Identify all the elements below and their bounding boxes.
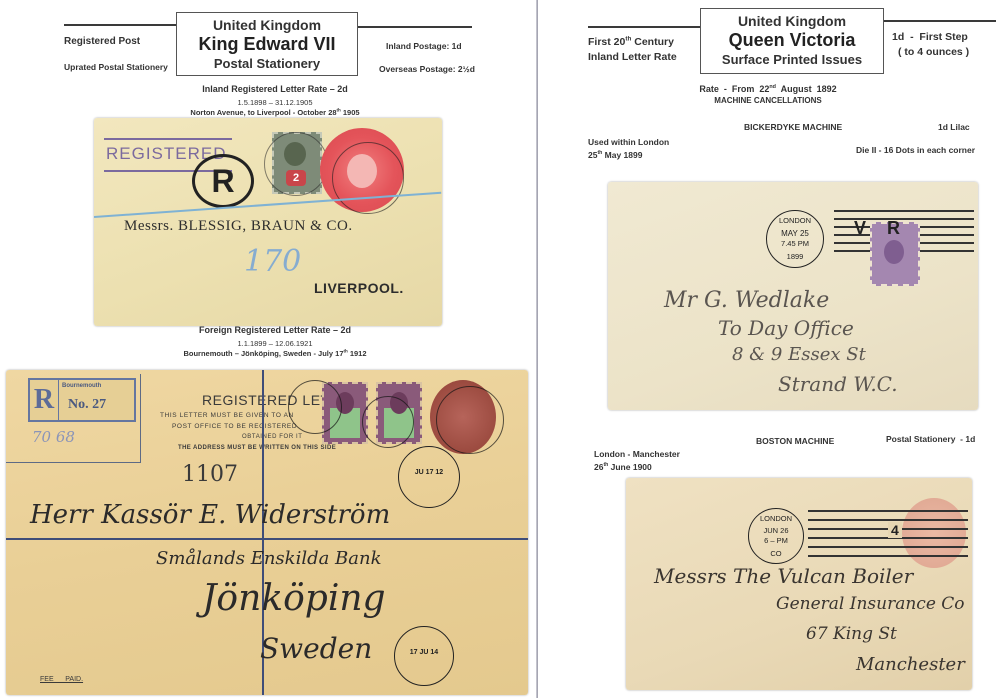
blue-cross-horizontal xyxy=(6,538,528,540)
pm-date: JUN 26 xyxy=(749,526,803,535)
title-country: United Kingdom xyxy=(701,13,883,29)
header-rule-left xyxy=(588,26,700,28)
label-date-1900: 26th June 1900 xyxy=(594,462,652,472)
title-subject: Postal Stationery xyxy=(177,56,357,71)
label-office-name: Bournemouth xyxy=(62,383,101,389)
instruction-line-4: THE ADDRESS MUST BE WRITTEN ON THIS SIDE xyxy=(178,445,336,451)
page-title-box: United Kingdom King Edward VII Postal St… xyxy=(176,12,358,76)
label-uprated-stationery: Uprated Postal Stationery xyxy=(64,62,168,72)
postmark-stamp-2 xyxy=(362,396,414,448)
fee-paid: FEE PAID. xyxy=(40,676,83,683)
address-line-4: Strand W.C. xyxy=(778,372,898,396)
section-dates-inland: 1.5.1898 – 31.12.1905 xyxy=(150,98,400,107)
address-line-1: Herr Kassör E. Widerström xyxy=(30,500,390,530)
address-line-2: Smålands Enskilda Bank xyxy=(156,548,382,569)
postmark-registered-bournemouth: JU 17 12 xyxy=(398,446,460,508)
postmark-indicium xyxy=(436,386,504,454)
vr-cancel-text: V R xyxy=(854,218,908,239)
envelope-manchester: LONDON JUN 26 6 – PM CO 4 Messrs The Vul… xyxy=(626,478,972,690)
reg-rule-top xyxy=(104,138,232,140)
postmark-circle xyxy=(264,132,328,196)
envelope-jonkoping: R Bournemouth No. 27 70 68 REGISTERED LE… xyxy=(6,370,528,695)
addressee-line: Messrs. BLESSIG, BRAUN & CO. xyxy=(124,218,353,235)
label-first-step: 1d - First Step xyxy=(892,31,968,43)
pm-time: 7.45 PM xyxy=(767,239,823,248)
r-oval-handstamp: R xyxy=(192,154,254,208)
label-reg-number: No. 27 xyxy=(68,397,106,413)
title-reign: King Edward VII xyxy=(177,34,357,55)
pm-date: MAY 25 xyxy=(767,229,823,238)
postmark-london-1899: LONDON MAY 25 7.45 PM 1899 xyxy=(766,210,824,268)
label-registered-post: Registered Post xyxy=(64,36,140,47)
header-rule-right xyxy=(884,20,996,22)
address-line-3: 8 & 9 Essex St xyxy=(732,344,866,365)
boston-heading: BOSTON MACHINE xyxy=(756,436,834,446)
label-used-within-london: Used within London xyxy=(588,137,669,147)
header-rule-right xyxy=(358,26,472,28)
instruction-line-1: THIS LETTER MUST BE GIVEN TO AN xyxy=(160,412,294,419)
postmark-1-date: JU 17 12 xyxy=(399,469,459,476)
postmark-london-1900: LONDON JUN 26 6 – PM CO xyxy=(748,508,804,564)
r-letter: R xyxy=(211,163,234,199)
registration-label: R Bournemouth No. 27 xyxy=(28,378,136,422)
album-page-left: United Kingdom King Edward VII Postal St… xyxy=(0,0,536,698)
title-reign: Queen Victoria xyxy=(701,30,883,51)
city-liverpool: LIVERPOOL. xyxy=(314,280,404,296)
label-1d-lilac: 1d Lilac xyxy=(938,122,970,132)
label-inland-letter-rate: Inland Letter Rate xyxy=(588,51,677,63)
pm-time: 6 – PM xyxy=(749,536,803,545)
envelope-wedlake: LONDON MAY 25 7.45 PM 1899 V R Mr G. Wed… xyxy=(608,182,978,410)
address-line-4: Manchester xyxy=(856,654,965,675)
envelope-liverpool: REGISTERED R 2 Messrs. BLESSIG, BRAUN & … xyxy=(94,118,442,326)
label-overseas-postage: Overseas Postage: 2½d xyxy=(379,64,475,74)
title-subject: Surface Printed Issues xyxy=(701,52,883,67)
pm-code: CO xyxy=(749,549,803,558)
pencil-note: 70 68 xyxy=(32,428,75,446)
label-to-4-ounces: ( to 4 ounces ) xyxy=(898,46,969,58)
machine-cancellations-heading: MACHINE CANCELLATIONS xyxy=(648,96,888,105)
section-caption-inland: Norton Avenue, to Liverpool - October 28… xyxy=(150,108,400,117)
address-line-2: General Insurance Co xyxy=(776,594,965,614)
instruction-line-2: POST OFFICE TO BE REGISTERED xyxy=(172,423,297,430)
address-line-3: Jönköping xyxy=(202,578,386,619)
section-caption-foreign: Bournemouth – Jönköping, Sweden - July 1… xyxy=(150,349,400,358)
label-date-1899: 25th May 1899 xyxy=(588,150,642,160)
page-title-box: United Kingdom Queen Victoria Surface Pr… xyxy=(700,8,884,74)
instruction-line-3: OBTAINED FOR IT xyxy=(242,434,303,440)
handwritten-reg-number: 1107 xyxy=(182,462,238,487)
postmark-norton-avenue xyxy=(332,142,404,214)
label-r-letter: R xyxy=(30,380,59,420)
address-line-3: 67 King St xyxy=(806,624,897,644)
header-rule-left xyxy=(64,24,176,26)
cancel-number: 4 xyxy=(888,522,902,538)
bickerdyke-heading: BICKERDYKE MACHINE xyxy=(744,122,842,132)
label-first-20th-century-text: First 20th Century xyxy=(588,36,674,48)
address-line-1: Mr G. Wedlake xyxy=(664,288,829,313)
stamp-portrait xyxy=(884,240,904,264)
postmark-2-date: 17 JU 14 xyxy=(395,649,453,656)
title-country: United Kingdom xyxy=(177,17,357,33)
address-line-1: Messrs The Vulcan Boiler xyxy=(654,564,913,588)
pm-city: LONDON xyxy=(749,514,803,523)
address-line-2: To Day Office xyxy=(718,316,854,340)
pm-year: 1899 xyxy=(767,252,823,261)
label-london-manchester: London - Manchester xyxy=(594,449,680,459)
label-inland-postage: Inland Postage: 1d xyxy=(386,41,462,51)
address-line-4: Sweden xyxy=(260,632,372,665)
section-title-foreign: Foreign Registered Letter Rate – 2d xyxy=(150,325,400,335)
postmark-stamp-1 xyxy=(288,380,342,434)
rate-line: Rate - From 22nd August 1892 xyxy=(648,84,888,94)
blue-crayon-number: 170 xyxy=(244,244,301,279)
section-title-inland: Inland Registered Letter Rate – 2d xyxy=(150,84,400,94)
section-dates-foreign: 1.1.1899 – 12.06.1921 xyxy=(150,339,400,348)
label-die-ii: Die II - 16 Dots in each corner xyxy=(856,145,975,155)
label-postal-stationery-1d: Postal Stationery - 1d xyxy=(886,434,975,444)
label-first-20th-century: First 20th Century xyxy=(588,36,674,48)
pm-city: LONDON xyxy=(767,216,823,225)
album-page-right: United Kingdom Queen Victoria Surface Pr… xyxy=(538,0,1000,698)
postmark-bourne-valley: 17 JU 14 xyxy=(394,626,454,686)
